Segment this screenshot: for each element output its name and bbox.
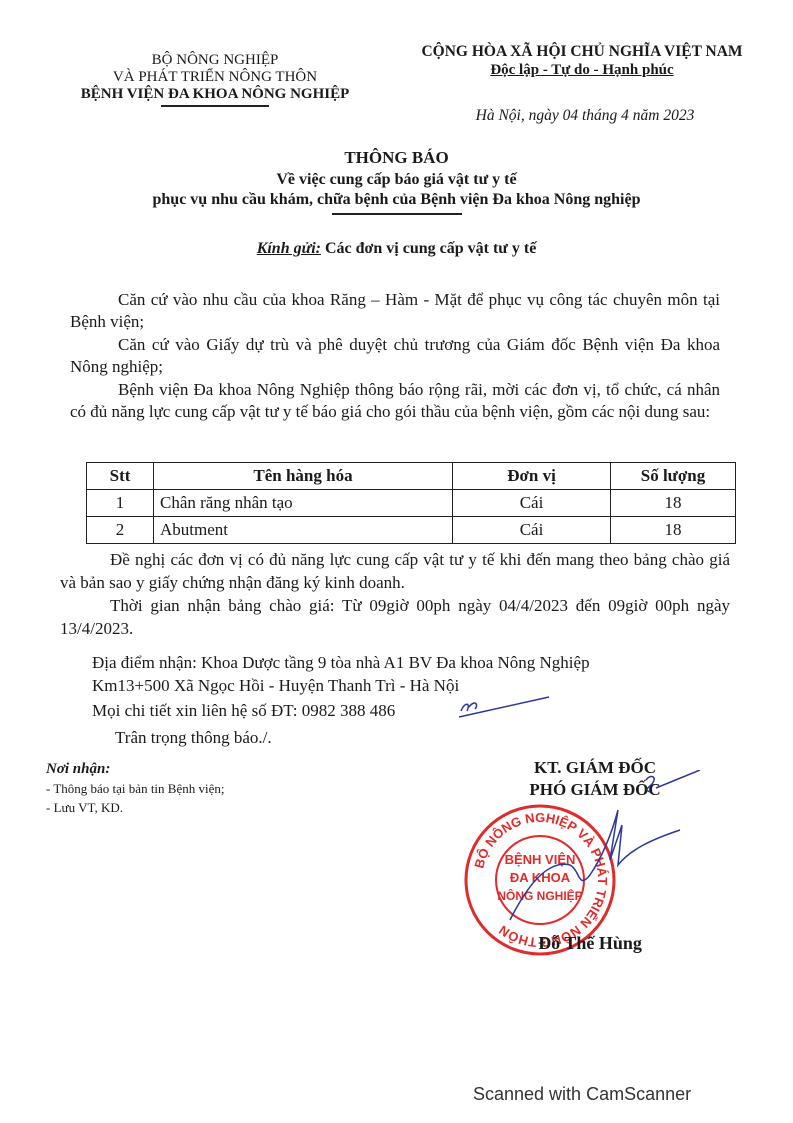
recipient-line: Kính gửi: Các đơn vị cung cấp vật tư y t… bbox=[0, 240, 793, 258]
national-motto: Độc lập - Tự do - Hạnh phúc bbox=[382, 61, 782, 79]
cell-stt: 1 bbox=[87, 490, 154, 517]
col-header-qty: Số lượng bbox=[611, 463, 736, 490]
issuer-header: BỘ NÔNG NGHIỆP VÀ PHÁT TRIỂN NÔNG THÔN B… bbox=[55, 52, 375, 107]
cell-name: Abutment bbox=[154, 517, 453, 544]
initials-mark-icon bbox=[455, 693, 555, 721]
document-date: Hà Nội, ngày 04 tháng 4 năm 2023 bbox=[395, 107, 775, 125]
distribution-item: - Lưu VT, KD. bbox=[46, 798, 224, 817]
items-table: Stt Tên hàng hóa Đơn vị Số lượng 1 Chân … bbox=[86, 462, 736, 544]
distribution-item: - Thông báo tại bản tin Bệnh viện; bbox=[46, 779, 224, 798]
paragraph: Thời gian nhận bảng chào giá: Từ 09giờ 0… bbox=[60, 594, 730, 640]
distribution-list: Nơi nhận: - Thông báo tại bản tin Bệnh v… bbox=[46, 760, 224, 817]
title-sub-1: Về việc cung cấp báo giá vật tư y tế bbox=[0, 170, 793, 190]
scanner-watermark: Scanned with CamScanner bbox=[473, 1084, 691, 1105]
col-header-name: Tên hàng hóa bbox=[154, 463, 453, 490]
handwritten-signature-icon bbox=[500, 770, 710, 930]
cell-name: Chân răng nhân tạo bbox=[154, 490, 453, 517]
address-line-1: Địa điểm nhận: Khoa Dược tầng 9 tòa nhà … bbox=[92, 651, 590, 674]
contact-line: Mọi chi tiết xin liên hệ số ĐT: 0982 388… bbox=[92, 701, 395, 721]
ministry-name-2: VÀ PHÁT TRIỂN NÔNG THÔN bbox=[55, 69, 375, 86]
cell-qty: 18 bbox=[611, 517, 736, 544]
national-header: CỘNG HÒA XÃ HỘI CHỦ NGHĨA VIỆT NAM Độc l… bbox=[382, 42, 782, 79]
recipient-value: Các đơn vị cung cấp vật tư y tế bbox=[325, 240, 536, 257]
body-paragraphs: Căn cứ vào nhu cầu của khoa Răng – Hàm -… bbox=[70, 289, 720, 423]
cell-stt: 2 bbox=[87, 517, 154, 544]
closing-line: Trân trọng thông báo./. bbox=[115, 728, 272, 748]
signer-name: Đỗ Thế Hùng bbox=[500, 933, 680, 954]
paragraph: Đề nghị các đơn vị có đủ năng lực cung c… bbox=[60, 548, 730, 594]
document-title: THÔNG BÁO Về việc cung cấp báo giá vật t… bbox=[0, 146, 793, 215]
delivery-address: Địa điểm nhận: Khoa Dược tầng 9 tòa nhà … bbox=[92, 651, 590, 697]
paragraph: Căn cứ vào nhu cầu của khoa Răng – Hàm -… bbox=[70, 289, 720, 334]
title-main: THÔNG BÁO bbox=[0, 146, 793, 170]
cell-qty: 18 bbox=[611, 490, 736, 517]
cell-unit: Cái bbox=[453, 517, 611, 544]
ministry-name: BỘ NÔNG NGHIỆP bbox=[55, 52, 375, 69]
cell-unit: Cái bbox=[453, 490, 611, 517]
divider bbox=[161, 105, 269, 107]
recipient-label: Kính gửi: bbox=[257, 240, 321, 257]
table-row: 2 Abutment Cái 18 bbox=[87, 517, 736, 544]
distribution-label: Nơi nhận: bbox=[46, 760, 224, 779]
paragraph: Bệnh viện Đa khoa Nông Nghiệp thông báo … bbox=[70, 379, 720, 424]
table-header-row: Stt Tên hàng hóa Đơn vị Số lượng bbox=[87, 463, 736, 490]
paragraph: Căn cứ vào Giấy dự trù và phê duyệt chủ … bbox=[70, 334, 720, 379]
divider bbox=[332, 213, 462, 215]
body-paragraphs-2: Đề nghị các đơn vị có đủ năng lực cung c… bbox=[60, 548, 730, 640]
hospital-name: BỆNH VIỆN ĐA KHOA NÔNG NGHIỆP bbox=[55, 86, 375, 103]
national-title: CỘNG HÒA XÃ HỘI CHỦ NGHĨA VIỆT NAM bbox=[382, 42, 782, 61]
title-sub-2: phục vụ nhu cầu khám, chữa bệnh của Bệnh… bbox=[0, 190, 793, 210]
col-header-unit: Đơn vị bbox=[453, 463, 611, 490]
table-row: 1 Chân răng nhân tạo Cái 18 bbox=[87, 490, 736, 517]
col-header-stt: Stt bbox=[87, 463, 154, 490]
